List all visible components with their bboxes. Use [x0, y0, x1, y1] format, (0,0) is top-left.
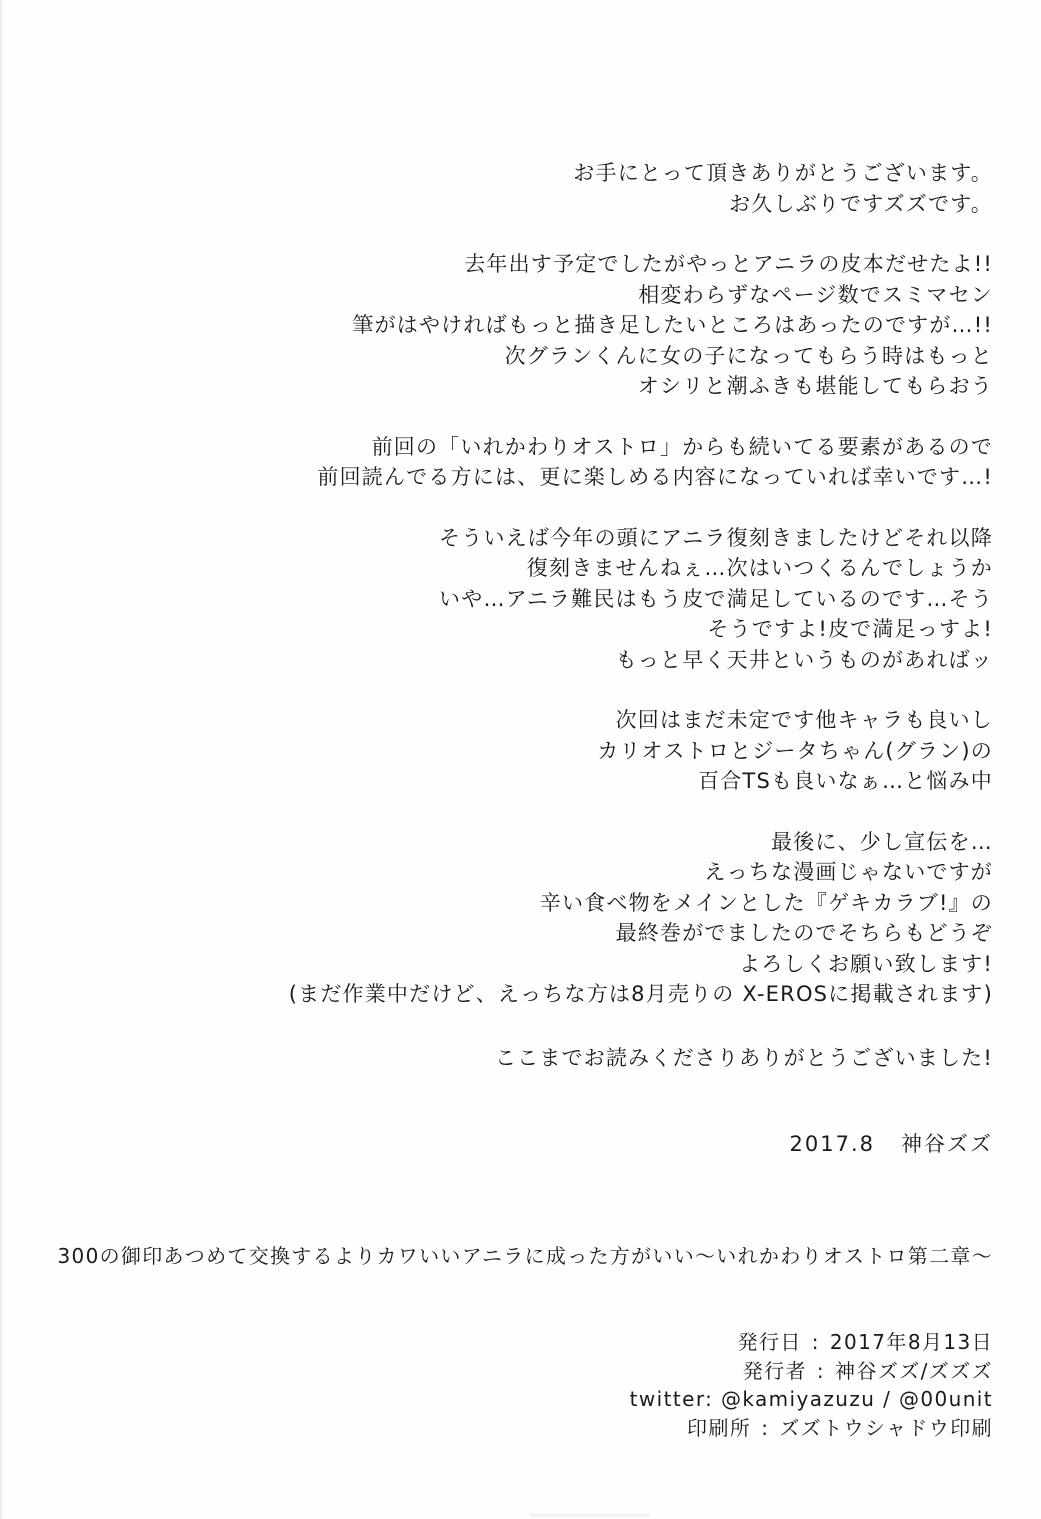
text-line: 最終巻がでましたのでそちらもどうぞ	[93, 918, 993, 949]
text-line: よろしくお願い致します!	[93, 949, 993, 980]
colophon-value: 神谷ズズ/ズズズ	[835, 1359, 993, 1383]
text-line: 百合TSも良いなぁ…と悩み中	[93, 766, 993, 797]
colophon: 発行日:2017年8月13日 発行者:神谷ズズ/ズズズ twitter: @ka…	[630, 1328, 993, 1442]
text-line: (まだ作業中だけど、えっちな方は8月売りの X-EROSに掲載されます)	[93, 979, 993, 1010]
text-line: 復刻きませんねぇ…次はいつくるんでしょうか	[93, 553, 993, 584]
paragraph-greeting: お手にとって頂きありがとうございます。 お久しぶりですズズです。	[93, 158, 993, 219]
colophon-publisher: 発行者:神谷ズズ/ズズズ	[630, 1357, 993, 1386]
colophon-label: 印刷所	[687, 1416, 751, 1440]
text-line: 次回はまだ未定です他キャラも良いし	[93, 705, 993, 736]
signature-author: 神谷ズズ	[901, 1132, 993, 1156]
afterword-page: お手にとって頂きありがとうございます。 お久しぶりですズズです。 去年出す予定で…	[0, 0, 1041, 1519]
paragraph-previous-work: 前回の「いれかわりオストロ」からも続いてる要素があるので 前回読んでる方には、更…	[93, 432, 993, 493]
closing-thanks: ここまでお読みくださりありがとうございました!	[495, 1042, 993, 1072]
colophon-separator: :	[812, 1330, 820, 1354]
text-line: 去年出す予定でしたがやっとアニラの皮本だせたよ!!	[93, 249, 993, 280]
colophon-separator: :	[817, 1359, 825, 1383]
text-line: いや…アニラ難民はもう皮で満足しているのです…そう	[93, 584, 993, 615]
text-line: 最後に、少し宣伝を…	[93, 827, 993, 858]
text-line: 相変わらずなページ数でスミマセン	[93, 280, 993, 311]
text-line: 筆がはやければもっと描き足したいところはあったのですが…!!	[93, 310, 993, 341]
text-line: オシリと潮ふきも堪能してもらおう	[93, 371, 993, 402]
text-line: えっちな漫画じゃないですが	[93, 857, 993, 888]
colophon-label: 発行日	[738, 1330, 802, 1354]
paragraph-release-note: 去年出す予定でしたがやっとアニラの皮本だせたよ!! 相変わらずなページ数でスミマ…	[93, 249, 993, 402]
text-line: お手にとって頂きありがとうございます。	[93, 158, 993, 189]
paragraph-next-plan: 次回はまだ未定です他キャラも良いし カリオストロとジータちゃん(グラン)の 百合…	[93, 705, 993, 797]
signature: 2017.8神谷ズズ	[790, 1128, 993, 1158]
text-line: 次グランくんに女の子になってもらう時はもっと	[93, 341, 993, 372]
colophon-printer: 印刷所:ズズトウシャドウ印刷	[630, 1414, 993, 1443]
paragraph-promotion: 最後に、少し宣伝を… えっちな漫画じゃないですが 辛い食べ物をメインとした『ゲキ…	[93, 827, 993, 1010]
text-line: もっと早く天井というものがあればッ	[93, 645, 993, 676]
scan-artifact	[530, 1513, 650, 1517]
scan-edge-shadow	[0, 0, 4, 1519]
text-line: 辛い食べ物をメインとした『ゲキカラブ!』の	[93, 888, 993, 919]
colophon-publish-date: 発行日:2017年8月13日	[630, 1328, 993, 1357]
colophon-separator: :	[761, 1416, 769, 1440]
afterword-body: お手にとって頂きありがとうございます。 お久しぶりですズズです。 去年出す予定で…	[93, 158, 993, 1040]
paragraph-reprint: そういえば今年の頭にアニラ復刻きましたけどそれ以降 復刻きませんねぇ…次はいつく…	[93, 523, 993, 676]
signature-date: 2017.8	[790, 1132, 875, 1156]
colophon-label: 発行者	[743, 1359, 807, 1383]
colophon-value: ズズトウシャドウ印刷	[779, 1416, 993, 1440]
colophon-value: 2017年8月13日	[830, 1330, 993, 1354]
text-line: カリオストロとジータちゃん(グラン)の	[93, 736, 993, 767]
book-title: 300の御印あつめて交換するよりカワいいアニラに成った方がいい〜いれかわりオスト…	[58, 1240, 993, 1269]
colophon-twitter: twitter: @kamiyazuzu / @00unit	[630, 1385, 993, 1414]
text-line: 前回の「いれかわりオストロ」からも続いてる要素があるので	[93, 432, 993, 463]
text-line: そうですよ!皮で満足っすよ!	[93, 614, 993, 645]
text-line: そういえば今年の頭にアニラ復刻きましたけどそれ以降	[93, 523, 993, 554]
text-line: 前回読んでる方には、更に楽しめる内容になっていれば幸いです…!	[93, 462, 993, 493]
text-line: お久しぶりですズズです。	[93, 189, 993, 220]
